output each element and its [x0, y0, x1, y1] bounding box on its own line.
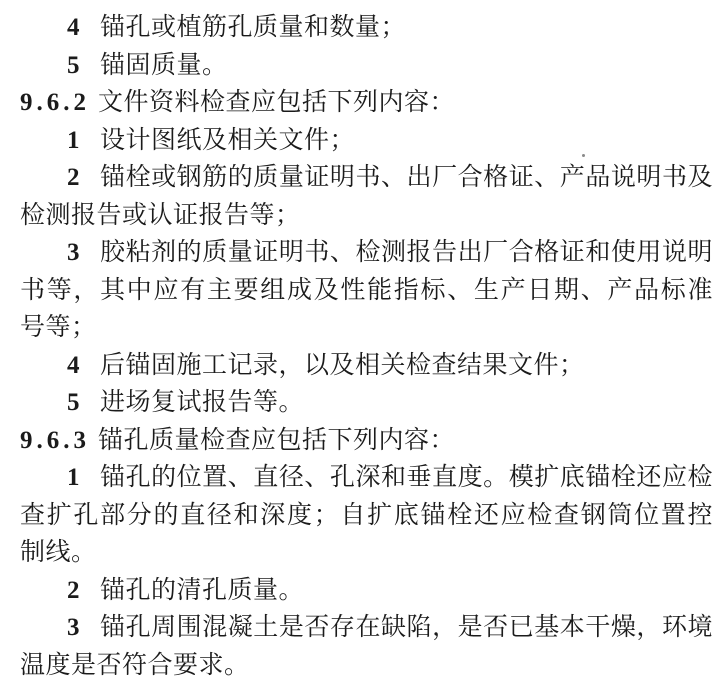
clause-number: 9.6.3 [20, 422, 98, 460]
text-block: 4锚孔或植筋孔质量和数量；5锚固质量。9.6.2文件资料检查应包括下列内容：1设… [20, 9, 713, 684]
list-item-line: 1锚孔的位置、直径、孔深和垂直度。模扩底锚栓还应检 [20, 459, 713, 497]
line-text: 锚孔的清孔质量。 [100, 577, 304, 604]
line-text: 查扩孔部分的直径和深度；自扩底锚栓还应检查钢筒位置控 [20, 502, 713, 529]
line-text: 制线。 [20, 539, 97, 566]
item-number: 3 [67, 609, 100, 647]
list-item-line: 4锚孔或植筋孔质量和数量； [20, 9, 713, 47]
list-item-line: 3胶粘剂的质量证明书、检测报告出厂合格证和使用说明 [20, 234, 713, 272]
list-item-line: 2锚栓或钢筋的质量证明书、出厂合格证、产品说明书及 [20, 159, 713, 197]
continuation-line: 制线。 [20, 534, 713, 572]
line-text: 胶粘剂的质量证明书、检测报告出厂合格证和使用说明 [100, 239, 713, 266]
line-text: 文件资料检查应包括下列内容： [98, 89, 455, 116]
scan-speck-artifact [582, 154, 585, 157]
line-text: 号等； [20, 314, 97, 341]
section-heading-line: 9.6.3锚孔质量检查应包括下列内容： [20, 422, 713, 460]
line-text: 检测报告或认证报告等； [20, 202, 301, 229]
item-number: 1 [67, 459, 100, 497]
list-item-line: 5锚固质量。 [20, 47, 713, 85]
document-page: 4锚孔或植筋孔质量和数量；5锚固质量。9.6.2文件资料检查应包括下列内容：1设… [0, 0, 728, 686]
line-text: 锚孔质量检查应包括下列内容： [98, 427, 455, 454]
line-text: 进场复试报告等。 [100, 389, 304, 416]
line-text: 温度是否符合要求。 [20, 652, 250, 679]
list-item-line: 3锚孔周围混凝土是否存在缺陷，是否已基本干燥，环境 [20, 609, 713, 647]
section-heading-line: 9.6.2文件资料检查应包括下列内容： [20, 84, 713, 122]
clause-number: 9.6.2 [20, 84, 98, 122]
line-text: 锚孔的位置、直径、孔深和垂直度。模扩底锚栓还应检 [100, 464, 713, 491]
item-number: 5 [67, 47, 100, 85]
item-number: 4 [67, 347, 100, 385]
list-item-line: 1设计图纸及相关文件； [20, 122, 713, 160]
line-text: 锚固质量。 [100, 52, 228, 79]
item-number: 1 [67, 122, 100, 160]
item-number: 4 [67, 9, 100, 47]
continuation-line: 书等，其中应有主要组成及性能指标、生产日期、产品标准 [20, 272, 713, 310]
line-text: 设计图纸及相关文件； [100, 127, 355, 154]
list-item-line: 4后锚固施工记录，以及相关检查结果文件； [20, 347, 713, 385]
line-text: 锚栓或钢筋的质量证明书、出厂合格证、产品说明书及 [100, 164, 713, 191]
continuation-line: 检测报告或认证报告等； [20, 197, 713, 235]
item-number: 2 [67, 572, 100, 610]
item-number: 5 [67, 384, 100, 422]
list-item-line: 5进场复试报告等。 [20, 384, 713, 422]
line-text: 锚孔周围混凝土是否存在缺陷，是否已基本干燥，环境 [100, 614, 713, 641]
line-text: 后锚固施工记录，以及相关检查结果文件； [100, 352, 585, 379]
continuation-line: 查扩孔部分的直径和深度；自扩底锚栓还应检查钢筒位置控 [20, 497, 713, 535]
item-number: 3 [67, 234, 100, 272]
continuation-line: 号等； [20, 309, 713, 347]
line-text: 锚孔或植筋孔质量和数量； [100, 14, 406, 41]
item-number: 2 [67, 159, 100, 197]
continuation-line: 温度是否符合要求。 [20, 647, 713, 685]
list-item-line: 2锚孔的清孔质量。 [20, 572, 713, 610]
line-text: 书等，其中应有主要组成及性能指标、生产日期、产品标准 [20, 277, 713, 304]
